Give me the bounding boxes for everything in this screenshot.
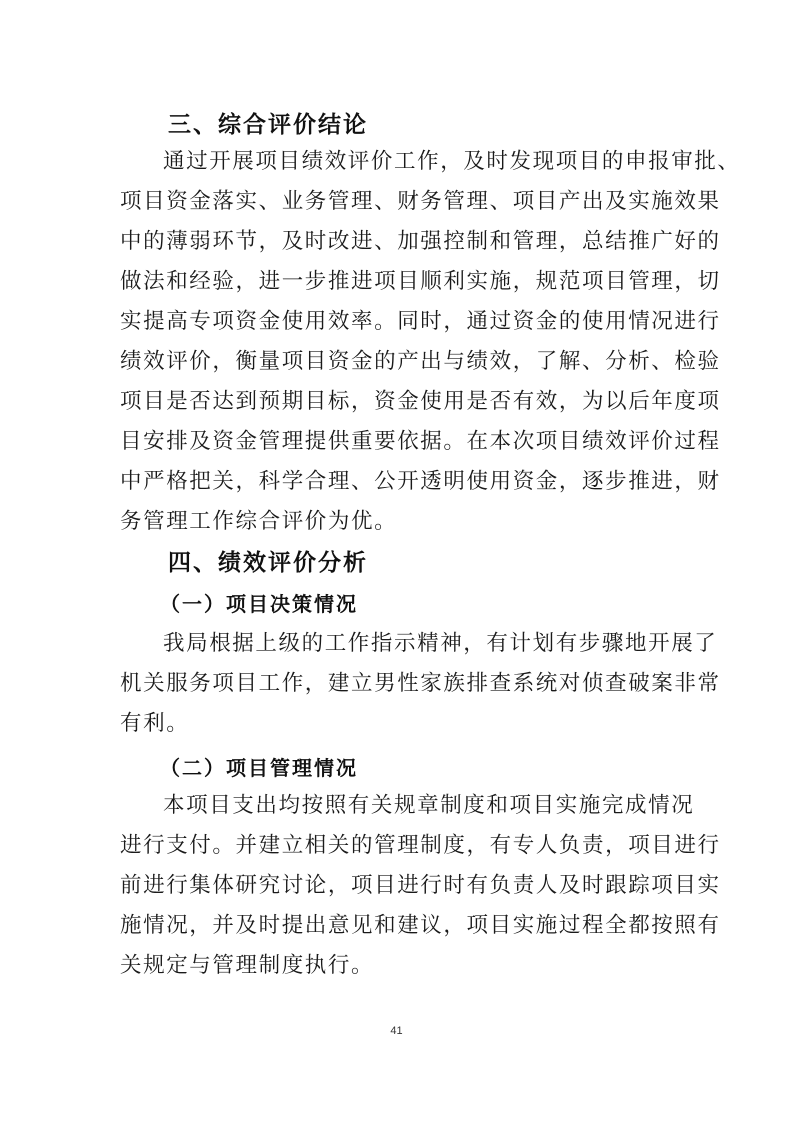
paragraph-line: 中严格把关，科学合理、公开透明使用资金，逐步推进，财 [120, 468, 680, 496]
paragraph-line: 通过开展项目绩效评价工作，及时发现项目的申报审批、 [163, 148, 680, 176]
paragraph-line: 机关服务项目工作，建立男性家族排查系统对侦查破案非常 [120, 670, 680, 698]
paragraph-line: 进行支付。并建立相关的管理制度，有专人负责，项目进行 [120, 832, 680, 860]
paragraph-line: 目安排及资金管理提供重要依据。在本次项目绩效评价过程 [120, 428, 680, 456]
page-number: 41 [0, 1025, 793, 1037]
section-heading-analysis: 四、绩效评价分析 [168, 548, 368, 578]
paragraph-line: 施情况，并及时提出意见和建议，项目实施过程全都按照有 [120, 912, 680, 940]
paragraph-line: 本项目支出均按照有关规章制度和项目实施完成情况 [163, 792, 680, 820]
paragraph-line: 做法和经验，进一步推进项目顺利实施，规范项目管理，切 [120, 268, 680, 296]
paragraph-line: 绩效评价，衡量项目资金的产出与绩效，了解、分析、检验 [120, 348, 680, 376]
paragraph-line: 实提高专项资金使用效率。同时，通过资金的使用情况进行 [120, 308, 680, 336]
paragraph-line: 项目资金落实、业务管理、财务管理、项目产出及实施效果 [120, 188, 680, 216]
subsection-heading-management: （二）项目管理情况 [160, 754, 358, 782]
document-page: 三、综合评价结论 通过开展项目绩效评价工作，及时发现项目的申报审批、 项目资金落… [0, 0, 793, 1122]
paragraph-line: 我局根据上级的工作指示精神，有计划有步骤地开展了 [163, 630, 680, 658]
paragraph-line: 关规定与管理制度执行。 [120, 952, 680, 980]
paragraph-line: 务管理工作综合评价为优。 [120, 508, 680, 536]
paragraph-line: 有利。 [120, 710, 680, 738]
subsection-heading-decision: （一）项目决策情况 [160, 590, 358, 618]
paragraph-line: 项目是否达到预期目标，资金使用是否有效，为以后年度项 [120, 388, 680, 416]
paragraph-line: 前进行集体研究讨论，项目进行时有负责人及时跟踪项目实 [120, 872, 680, 900]
section-heading-conclusion: 三、综合评价结论 [168, 110, 368, 140]
paragraph-line: 中的薄弱环节，及时改进、加强控制和管理，总结推广好的 [120, 228, 680, 256]
